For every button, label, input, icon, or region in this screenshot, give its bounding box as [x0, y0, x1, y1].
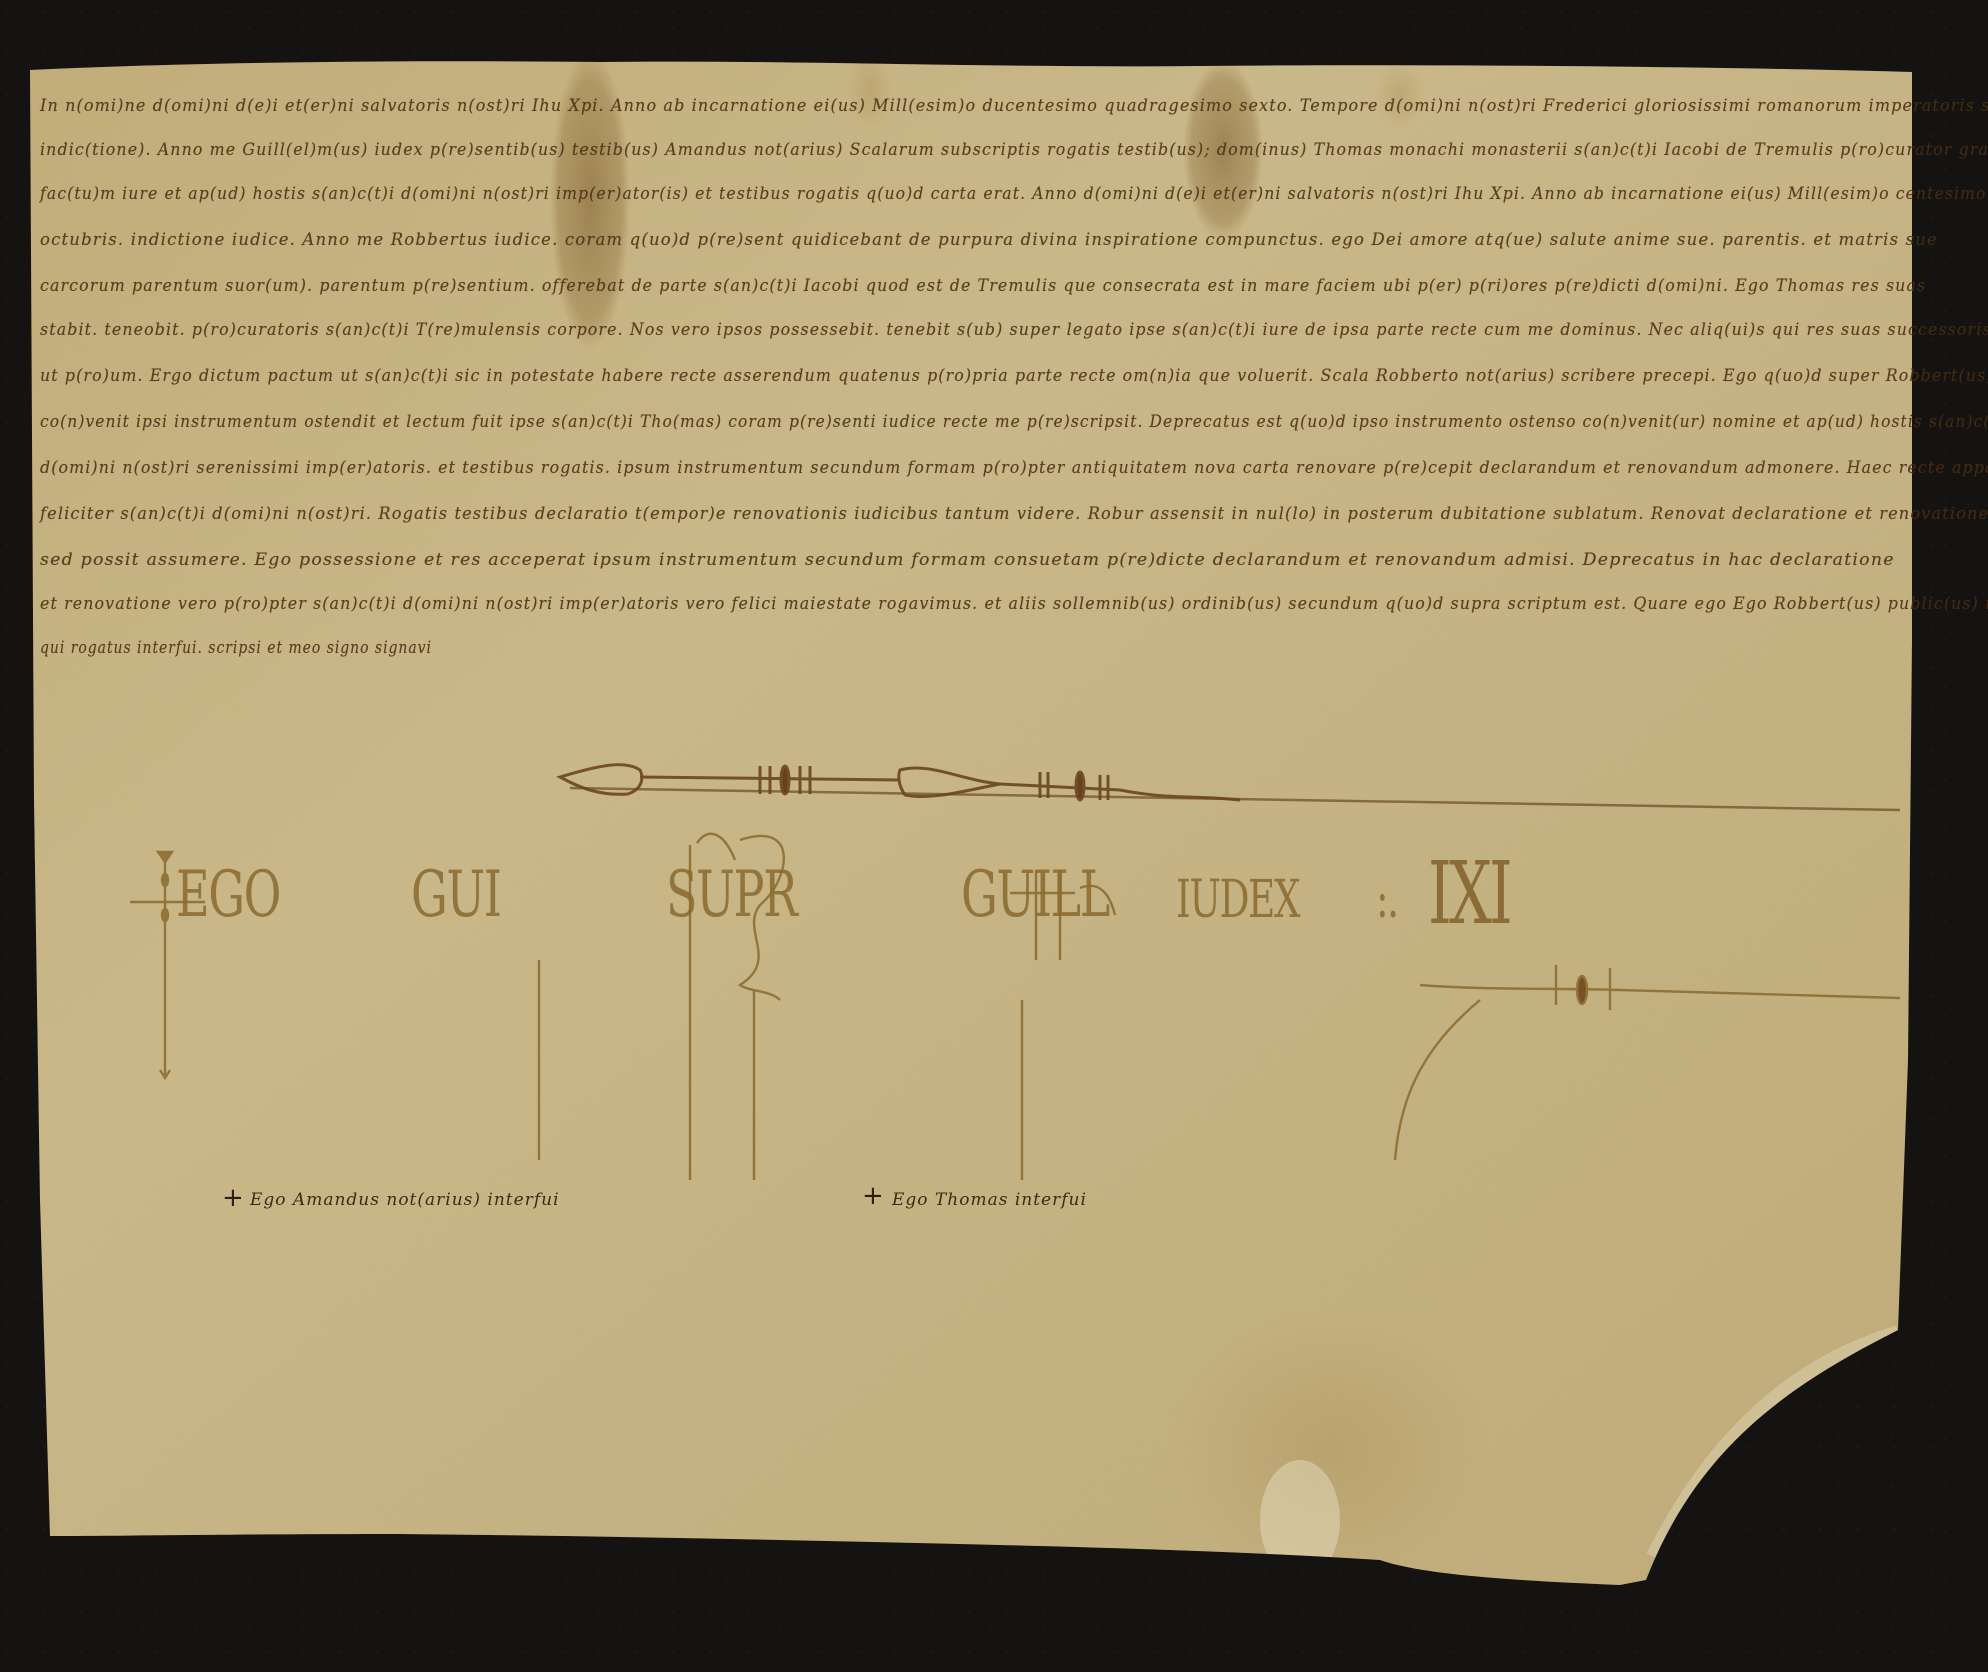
- text-line-2: indic(tione). Anno me Guill(el)m(us) iud…: [40, 140, 1988, 160]
- text-line-9: d(omi)ni n(ost)ri serenissimi imp(er)ato…: [40, 458, 1988, 478]
- witness-subscription-2: Ego Thomas interfui: [892, 1190, 1087, 1210]
- witness-cross-icon: +: [862, 1183, 884, 1209]
- text-line-7: ut p(ro)um. Ergo dictum pactum ut s(an)c…: [40, 366, 1988, 386]
- text-line-5: carcorum parentum suor(um). parentum p(r…: [40, 276, 1926, 296]
- text-line-6: stabit. teneobit. p(ro)curatoris s(an)c(…: [40, 320, 1988, 340]
- text-line-4: octubris. indictione iudice. Anno me Rob…: [40, 230, 1938, 250]
- subscription-word-5: IUDEX: [1176, 870, 1299, 930]
- text-line-10: feliciter s(an)c(t)i d(omi)ni n(ost)ri. …: [40, 504, 1988, 524]
- subscription-numeral: IXI: [1428, 844, 1510, 944]
- text-line-12: et renovatione vero p(ro)pter s(an)c(t)i…: [40, 594, 1988, 614]
- text-line-8: co(n)venit ipsi instrumentum ostendit et…: [40, 412, 1988, 432]
- subscription-word-3: SUPR: [666, 858, 796, 932]
- parchment-sheet: In n(omi)ne d(omi)ni d(e)i et(er)ni salv…: [0, 0, 1988, 1672]
- subscription-word-1: EGO: [176, 858, 280, 932]
- subscription-word-4: GUILL: [961, 858, 1109, 932]
- witness-cross-icon: +: [222, 1185, 244, 1211]
- text-line-1: In n(omi)ne d(omi)ni d(e)i et(er)ni salv…: [40, 96, 1988, 116]
- subscription-word-2: GUI: [411, 858, 501, 932]
- text-line-13: qui rogatus interfui. scripsi et meo sig…: [40, 638, 432, 658]
- parchment-shape: [0, 0, 1988, 1672]
- text-line-11: sed possit assumere. Ego possessione et …: [40, 550, 1895, 570]
- text-line-3: fac(tu)m iure et ap(ud) hostis s(an)c(t)…: [40, 184, 1988, 204]
- subscription-word-6: :.: [1376, 870, 1398, 930]
- witness-subscription-1: Ego Amandus not(arius) interfui: [250, 1190, 560, 1210]
